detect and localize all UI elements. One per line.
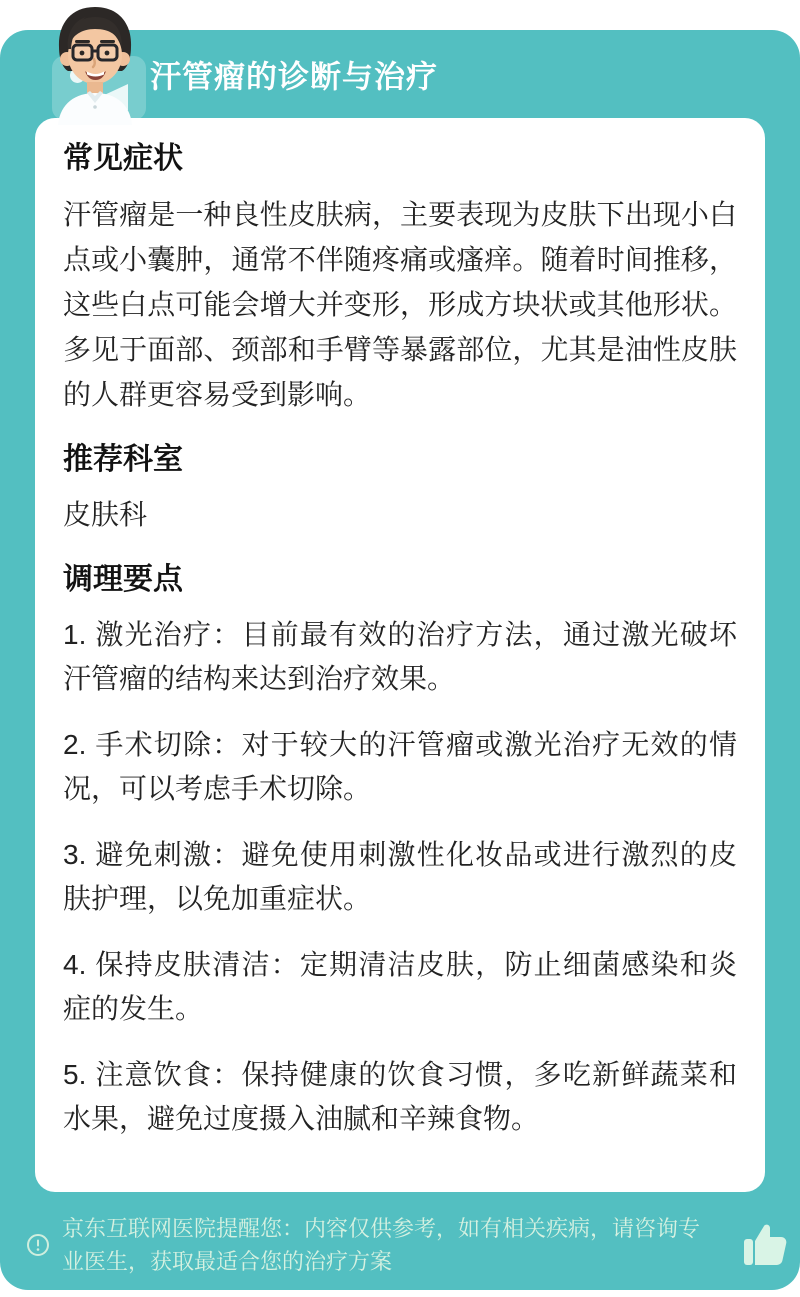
page-title: 汗管瘤的诊断与治疗 (150, 52, 438, 97)
care-point-4: 4. 保持皮肤清洁：定期清洁皮肤，防止细菌感染和炎症的发生。 (63, 943, 737, 1031)
symptoms-paragraph: 汗管瘤是一种良性皮肤病，主要表现为皮肤下出现小白点或小囊肿，通常不伴随疼痛或瘙痒… (63, 192, 737, 417)
section-heading-symptoms: 常见症状 (63, 140, 737, 178)
department-value: 皮肤科 (63, 492, 737, 537)
thumbs-up-icon[interactable] (740, 1219, 790, 1271)
exclamation-circle-icon (26, 1233, 50, 1257)
section-heading-department: 推荐科室 (63, 441, 737, 479)
content-panel: 汗管瘤的诊断与治疗 (0, 30, 800, 1290)
care-point-1: 1. 激光治疗：目前最有效的治疗方法，通过激光破坏汗管瘤的结构来达到治疗效果。 (63, 613, 737, 701)
section-heading-care-points: 调理要点 (63, 561, 737, 599)
care-point-2: 2. 手术切除：对于较大的汗管瘤或激光治疗无效的情况，可以考虑手术切除。 (63, 723, 737, 811)
care-point-5: 5. 注意饮食：保持健康的饮食习惯，多吃新鲜蔬菜和水果，避免过度摄入油腻和辛辣食… (63, 1053, 737, 1141)
footer-disclaimer: 京东互联网医院提醒您：内容仅供参考，如有相关疾病，请咨询专业医生，获取最适合您的… (26, 1212, 790, 1278)
disclaimer-text: 京东互联网医院提醒您：内容仅供参考，如有相关疾病，请咨询专业医生，获取最适合您的… (62, 1212, 710, 1278)
page: 汗管瘤的诊断与治疗 (0, 0, 800, 1297)
doctor-avatar (42, 3, 148, 125)
care-point-3: 3. 避免刺激：避免使用刺激性化妆品或进行激烈的皮肤护理，以免加重症状。 (63, 833, 737, 921)
article-card: 常见症状 汗管瘤是一种良性皮肤病，主要表现为皮肤下出现小白点或小囊肿，通常不伴随… (35, 118, 765, 1192)
